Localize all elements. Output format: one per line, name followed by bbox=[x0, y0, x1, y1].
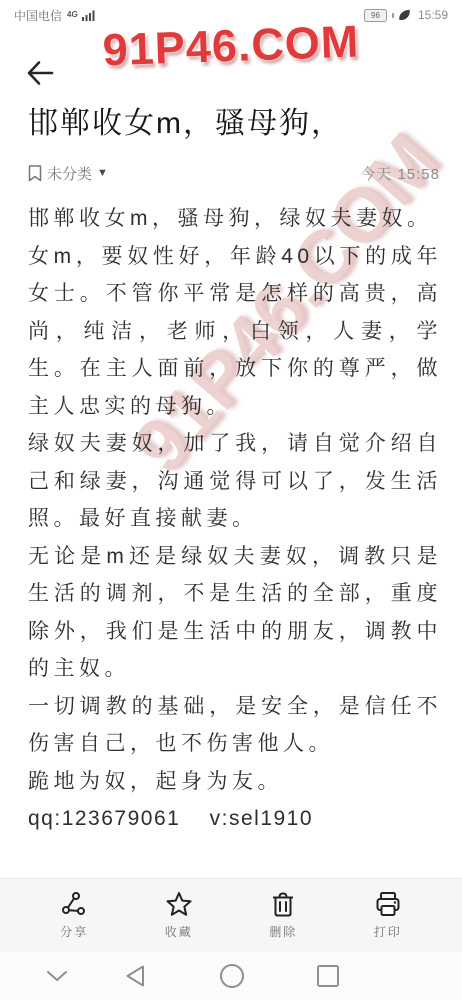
note-paragraph: 无论是m还是绿奴夫妻奴，调教只是生活的调剂，不是生活的全部，重度除外，我们是生活… bbox=[28, 538, 442, 688]
circle-icon bbox=[219, 963, 245, 989]
eye-comfort-leaf-icon bbox=[398, 9, 411, 21]
chevron-down-icon bbox=[46, 970, 68, 982]
chevron-down-icon: ▼ bbox=[97, 167, 108, 179]
status-bar: 中国电信 4G 96 15:59 bbox=[0, 0, 462, 27]
favorite-button[interactable]: 收藏 bbox=[127, 879, 232, 952]
share-button[interactable]: 分享 bbox=[22, 879, 127, 952]
note-paragraph: 邯郸收女m，骚母狗，绿奴夫妻奴。 bbox=[28, 200, 442, 238]
network-type-label: 4G bbox=[67, 11, 78, 19]
carrier-label: 中国电信 bbox=[14, 7, 62, 24]
delete-label: 删除 bbox=[269, 923, 297, 940]
print-button[interactable]: 打印 bbox=[336, 879, 441, 952]
arrow-left-icon bbox=[22, 56, 58, 90]
square-icon bbox=[316, 964, 340, 988]
print-label: 打印 bbox=[374, 923, 402, 940]
note-paragraph: 跪地为奴，起身为友。 bbox=[28, 763, 442, 801]
triangle-left-icon bbox=[124, 964, 146, 988]
nav-home-button[interactable] bbox=[219, 963, 245, 989]
battery-percent: 96 bbox=[371, 11, 380, 20]
battery-nub bbox=[392, 13, 394, 18]
nav-recents-button[interactable] bbox=[316, 964, 340, 988]
note-body[interactable]: 邯郸收女m，骚母狗，绿奴夫妻奴。 女m，要奴性好，年龄40以下的成年女士。不管你… bbox=[28, 200, 442, 838]
category-selector[interactable]: 未分类 ▼ bbox=[28, 163, 108, 184]
share-icon bbox=[61, 891, 87, 917]
signal-bars-icon bbox=[82, 10, 96, 21]
trash-icon bbox=[271, 891, 295, 917]
note-paragraph: 女m，要奴性好，年龄40以下的成年女士。不管你平常是怎样的高贵，高尚，纯洁，老师… bbox=[28, 238, 442, 426]
note-meta-row: 未分类 ▼ 今天 15:58 bbox=[28, 160, 440, 186]
bookmark-icon bbox=[28, 165, 42, 182]
share-label: 分享 bbox=[60, 923, 88, 940]
status-left: 中国电信 4G bbox=[14, 7, 96, 24]
note-title[interactable]: 邯郸收女m，骚母狗， bbox=[28, 98, 438, 142]
note-paragraph: 绿奴夫妻奴，加了我，请自觉介绍自己和绿妻，沟通觉得可以了，发生活照。最好直接献妻… bbox=[28, 425, 442, 538]
clock-label: 15:59 bbox=[418, 8, 448, 22]
hide-navbar-button[interactable] bbox=[46, 970, 68, 982]
favorite-label: 收藏 bbox=[165, 923, 193, 940]
note-paragraph: 一切调教的基础，是安全，是信任不伤害自己，也不伤害他人。 bbox=[28, 688, 442, 763]
note-timestamp: 今天 15:58 bbox=[360, 163, 440, 184]
delete-button[interactable]: 删除 bbox=[231, 879, 336, 952]
status-right: 96 15:59 bbox=[364, 8, 448, 22]
notes-app-screen: 中国电信 4G 96 15:59 bbox=[0, 0, 462, 1000]
battery-icon: 96 bbox=[364, 9, 387, 22]
star-icon bbox=[165, 891, 193, 917]
nav-back-button[interactable] bbox=[124, 964, 146, 988]
bottom-toolbar: 分享 收藏 删除 bbox=[0, 878, 462, 952]
system-nav-bar bbox=[0, 952, 462, 1000]
contact-line: qq:123679061 v:sel1910 bbox=[28, 800, 442, 838]
category-label: 未分类 bbox=[47, 163, 92, 184]
back-button[interactable] bbox=[22, 56, 60, 92]
printer-icon bbox=[375, 891, 401, 917]
